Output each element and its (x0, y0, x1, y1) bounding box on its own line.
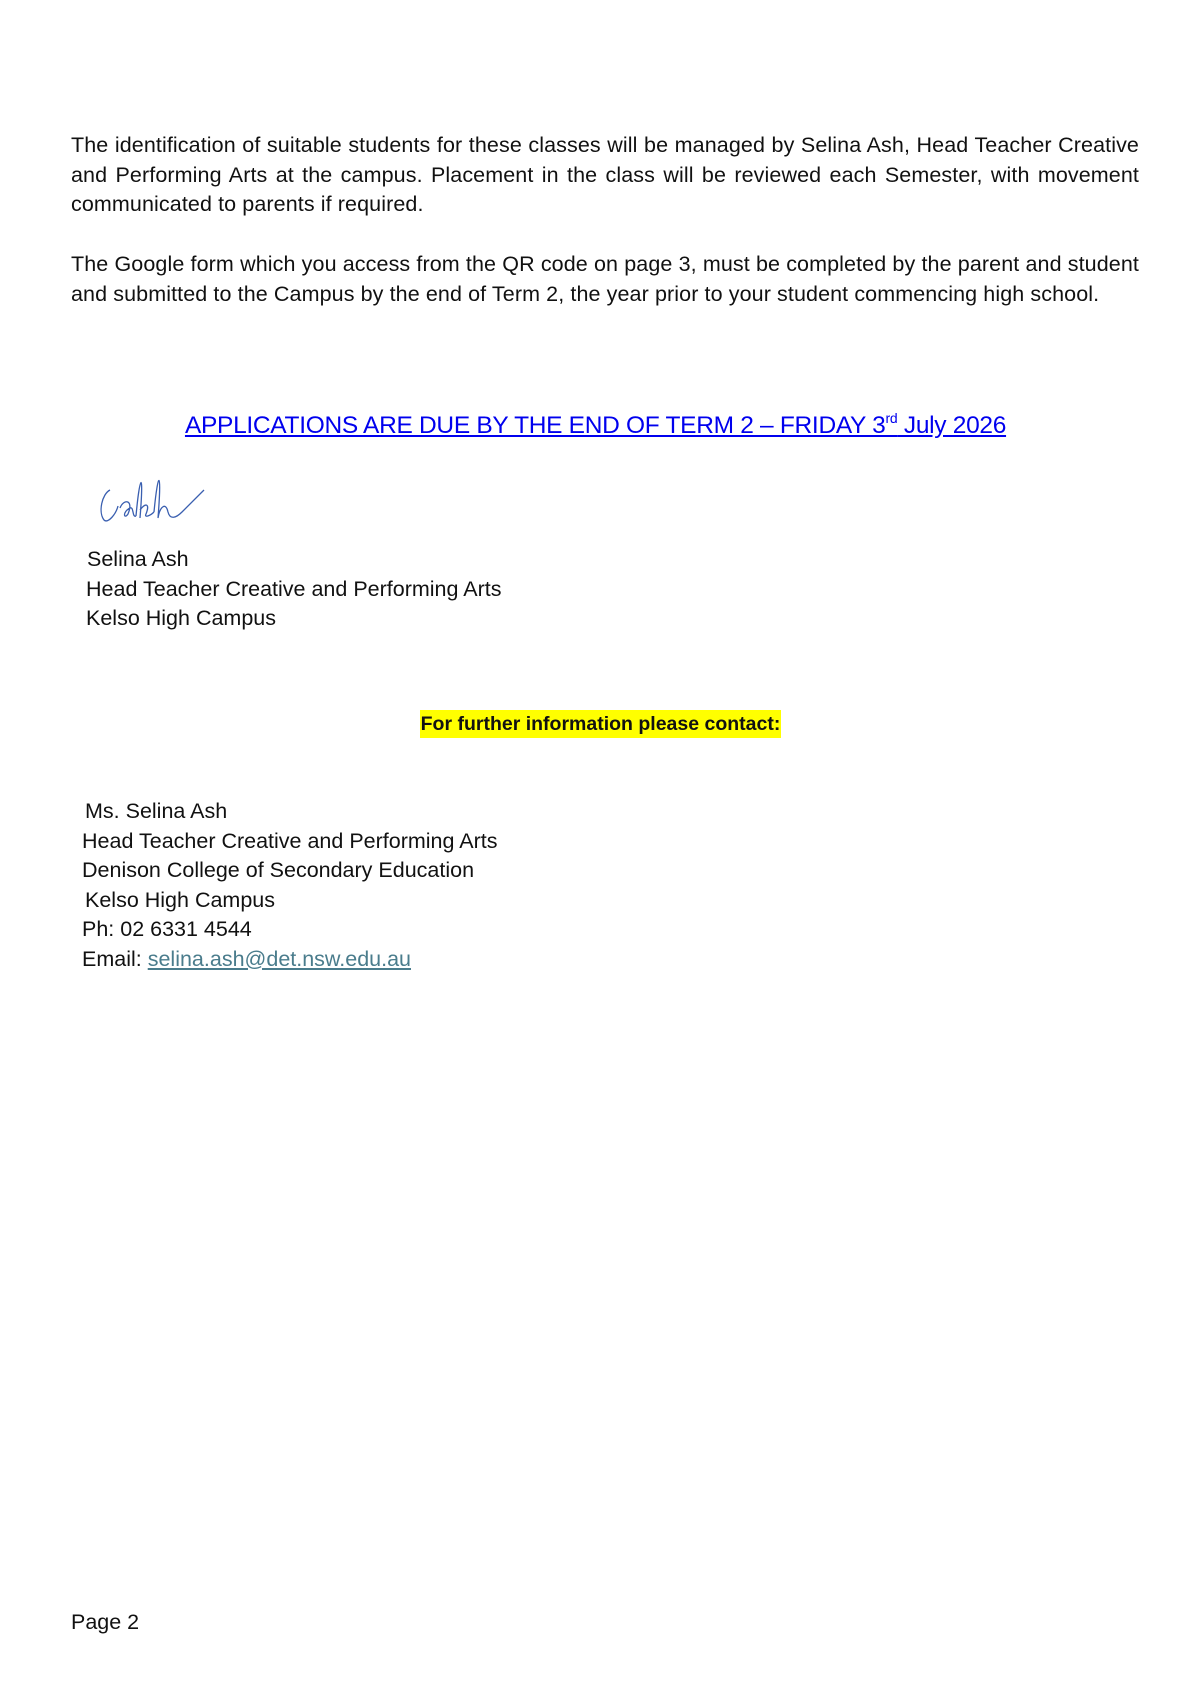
paragraph-google-form: The Google form which you access from th… (71, 250, 1139, 309)
contact-college: Denison College of Secondary Education (82, 856, 497, 886)
contact-name: Ms. Selina Ash (85, 797, 497, 827)
signature-block: Selina Ash Head Teacher Creative and Per… (87, 545, 501, 634)
email-label: Email: (82, 947, 148, 971)
deadline-prefix: APPLICATIONS ARE DUE BY THE END OF TERM … (185, 412, 886, 439)
deadline-superscript: rd (886, 410, 898, 426)
page-number: Page 2 (71, 1610, 139, 1635)
contact-email-row: Email: selina.ash@det.nsw.edu.au (82, 945, 497, 975)
contact-phone: Ph: 02 6331 4544 (82, 915, 497, 945)
signature-icon (80, 462, 230, 532)
contact-heading: For further information please contact: (420, 710, 782, 738)
contact-heading-row: For further information please contact: (0, 710, 1191, 738)
signatory-title: Head Teacher Creative and Performing Art… (86, 575, 501, 605)
email-link[interactable]: selina.ash@det.nsw.edu.au (148, 947, 411, 971)
signatory-campus: Kelso High Campus (86, 604, 501, 634)
contact-title: Head Teacher Creative and Performing Art… (82, 827, 497, 857)
contact-block: Ms. Selina Ash Head Teacher Creative and… (82, 797, 497, 974)
signatory-name: Selina Ash (87, 545, 501, 575)
contact-campus: Kelso High Campus (85, 886, 497, 916)
applications-deadline-heading[interactable]: APPLICATIONS ARE DUE BY THE END OF TERM … (0, 410, 1191, 440)
deadline-suffix: July 2026 (897, 412, 1006, 439)
paragraph-student-identification: The identification of suitable students … (71, 131, 1139, 220)
